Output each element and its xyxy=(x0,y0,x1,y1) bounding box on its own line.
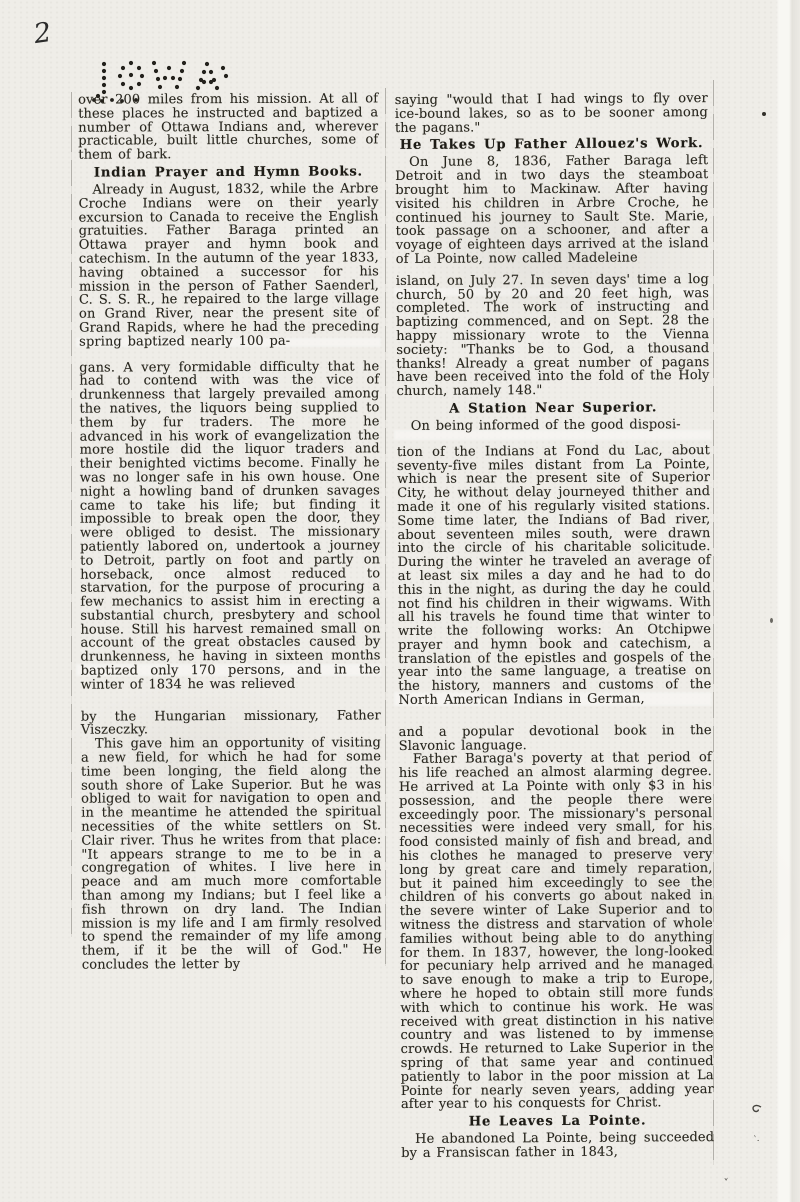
left-column-rule xyxy=(71,92,72,937)
heading-indian-prayer-and-hymn-books: Indian Prayer and Hymn Books. xyxy=(78,164,378,180)
left-paragraph-intro: over 200 miles from his mission. At all … xyxy=(78,92,378,162)
left-paragraph-new-field: This gave him an opportunity of visiting… xyxy=(81,737,382,973)
ink-speck xyxy=(770,618,773,623)
left-paragraph-already-1832: Already in August, 1832, while the Arbre… xyxy=(78,182,379,349)
right-paragraph-island-july-27: island, on July 27. In seven days' time … xyxy=(396,273,710,399)
right-paragraph-abandoned-la-pointe: He abandoned La Pointe, being succeeded … xyxy=(401,1131,714,1161)
pencil-mark: ˅ xyxy=(724,1178,730,1189)
pencil-mark: `· xyxy=(751,1135,761,1146)
pencil-mark xyxy=(746,1101,765,1119)
heading-he-leaves-la-pointe: He Leaves La Pointe. xyxy=(401,1113,714,1130)
right-paragraph-june-8-1836: On June 8, 1836, Father Baraga left Detr… xyxy=(395,154,709,266)
heading-a-station-near-superior: A Station Near Superior. xyxy=(397,400,710,417)
right-paragraph-saying-wings: saying "would that I had wings to fly ov… xyxy=(395,92,708,135)
right-paragraph-baraga-poverty: Father Baraga's poverty at that period o… xyxy=(399,752,714,1113)
right-column: saying "would that I had wings to fly ov… xyxy=(395,92,715,1161)
left-paragraph-gans-difficulty: gans. A very formidable difficulty that … xyxy=(79,360,380,692)
newspaper-clipping-page: 2 xyxy=(0,0,800,1202)
left-paragraph-hungarian-missionary: by the Hungarian missionary, Father Visz… xyxy=(81,709,381,738)
heading-he-takes-up-father-allouez-work: He Takes Up Father Allouez's Work. xyxy=(395,136,708,153)
column-gap xyxy=(81,691,381,710)
right-paragraph-slavonic-book: and a popular devotional book in the Sla… xyxy=(399,724,712,754)
handwritten-page-number: 2 xyxy=(32,17,53,50)
ink-speck xyxy=(762,112,766,116)
right-paragraph-fond-du-lac: tion of the Indians at Fond du Lac, abou… xyxy=(397,444,712,708)
right-paragraph-on-being-informed: On being informed of the good disposi- xyxy=(397,418,710,434)
left-column: over 200 miles from his mission. At all … xyxy=(78,92,382,972)
center-column-rule xyxy=(385,88,386,966)
